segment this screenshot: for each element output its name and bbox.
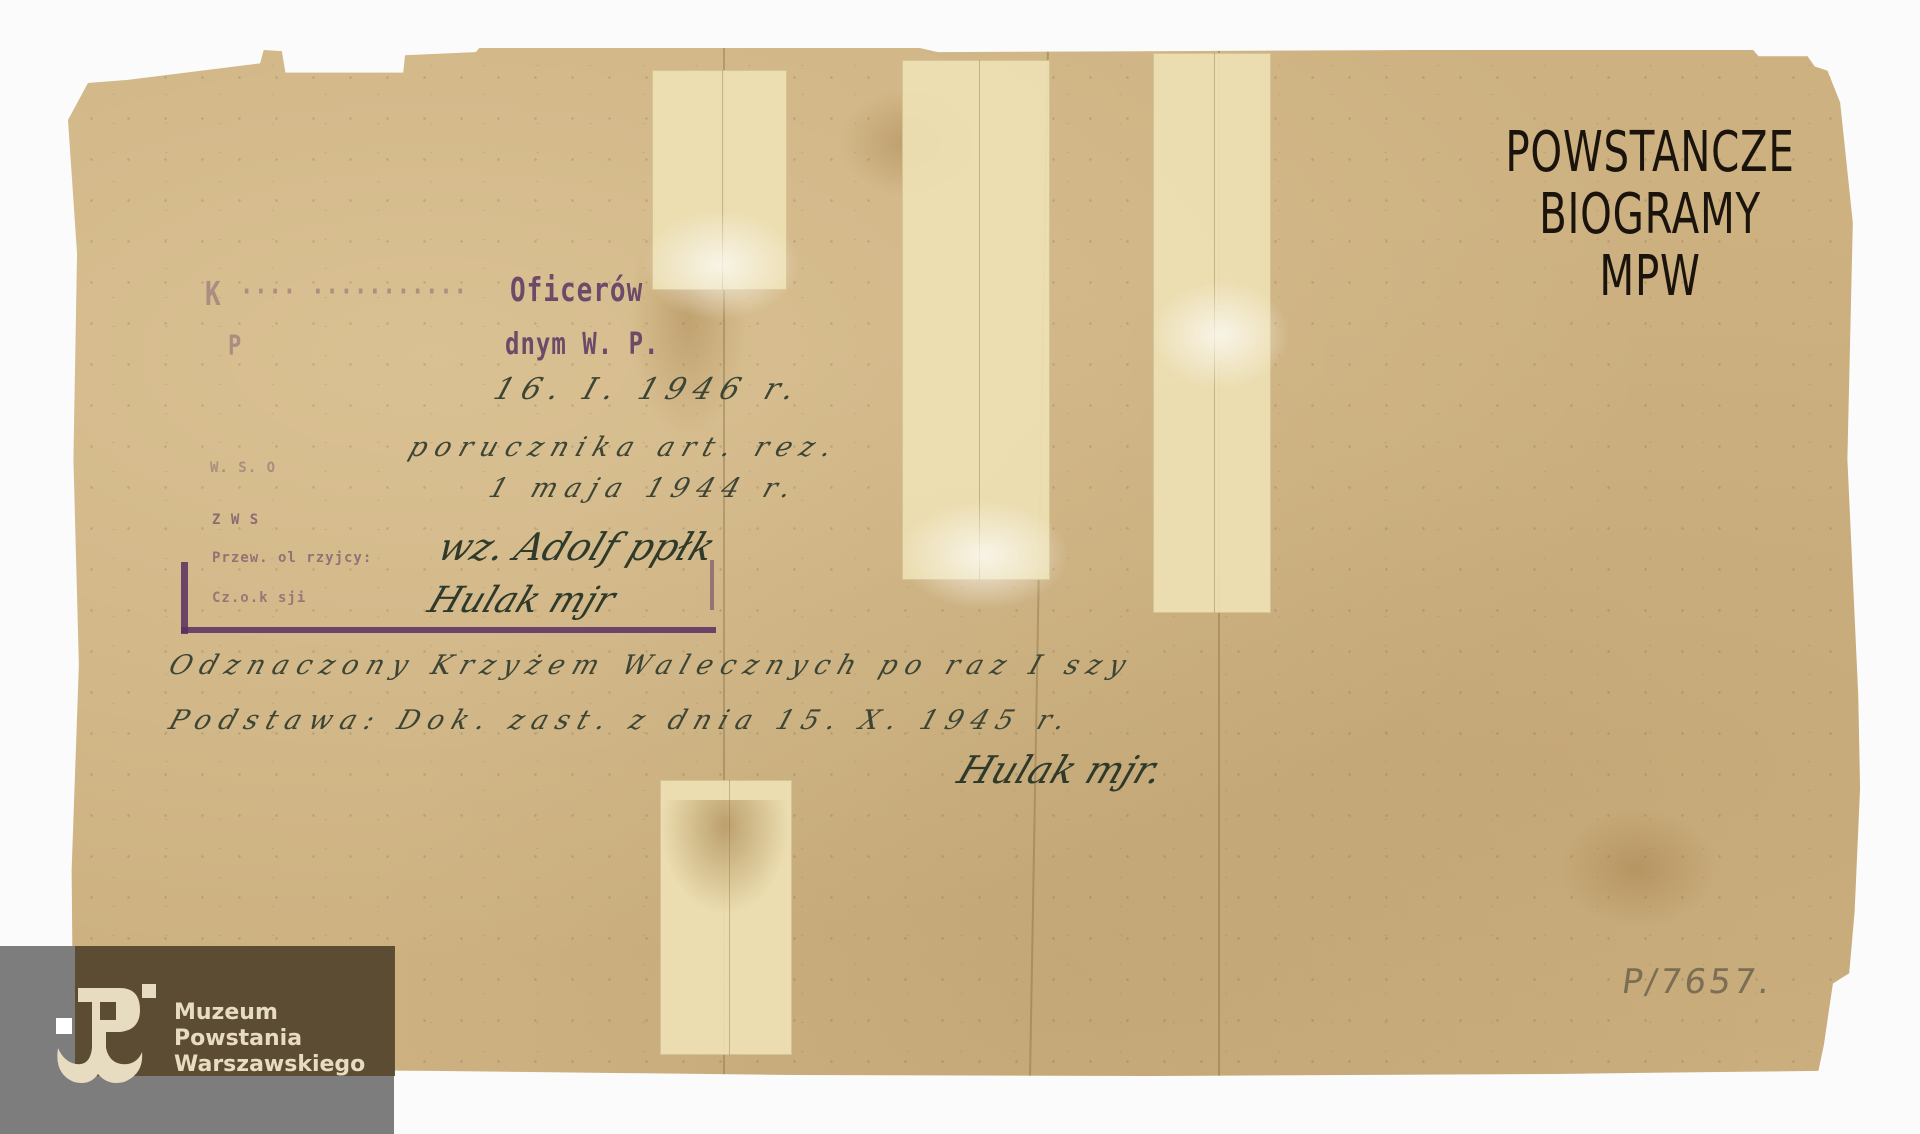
- stamp-label-z: Z W S: [212, 512, 259, 528]
- overlay-heading: POWSTANCZE BIOGRAMY MPW: [1492, 122, 1809, 308]
- tape-residue: [640, 210, 800, 320]
- stamp-title-line-1: Oficerów: [510, 272, 643, 310]
- museum-name-line-3: Warszawskiego: [174, 1052, 365, 1078]
- handwritten-rank: porucznika art. rez.: [405, 432, 844, 463]
- stamp-prefix: K: [205, 276, 222, 314]
- handwritten-rank-date: 1 maja 1944 r.: [485, 473, 803, 504]
- stamp-title-line-2: dnym W. P.: [505, 327, 660, 362]
- stamp-border: [181, 562, 188, 634]
- tape-stain: [650, 800, 800, 930]
- museum-name-line-2: Powstania: [174, 1026, 365, 1052]
- member-signature: Hulak mjr: [423, 580, 621, 621]
- stamp-prefix: P: [228, 331, 242, 362]
- museum-name-line-1: Muzeum: [174, 1000, 365, 1026]
- paper-stain: [1558, 808, 1718, 928]
- catalog-number: P/7657.: [1619, 962, 1775, 1002]
- heading-line-1: POWSTANCZE: [1492, 122, 1809, 184]
- handwritten-note-line-2: Podstawa: Dok. zast. z dnia 15. X. 1945 …: [165, 705, 1078, 736]
- stamp-border: [181, 627, 716, 633]
- stamp-border: [710, 560, 714, 610]
- stamp-label-w: W. S. O: [210, 460, 276, 476]
- tape-residue: [1150, 280, 1290, 390]
- tape-residue: [900, 500, 1070, 610]
- note-signature: Hulak mjr.: [952, 748, 1169, 792]
- stamp-title-faint: ···· ···········: [240, 277, 468, 308]
- museum-logo-text: Muzeum Powstania Warszawskiego: [174, 1000, 365, 1078]
- chairman-signature: wz. Adolf ppłk: [432, 525, 722, 569]
- handwritten-date-issued: 16. I. 1946 r.: [489, 372, 807, 407]
- heading-line-2: BIOGRAMY MPW: [1492, 184, 1809, 308]
- kotwica-anchor-icon: [50, 978, 160, 1088]
- document-scan: POWSTANCZE BIOGRAMY MPW K ···· ·········…: [0, 0, 1920, 1134]
- stamp-label-przew: Przew. ol rzyjcy:: [212, 550, 372, 566]
- handwritten-note-line-1: Odznaczony Krzyżem Walecznych po raz I s…: [165, 650, 1138, 681]
- stamp-label-czlonek: Cz.o.k sji: [212, 590, 306, 606]
